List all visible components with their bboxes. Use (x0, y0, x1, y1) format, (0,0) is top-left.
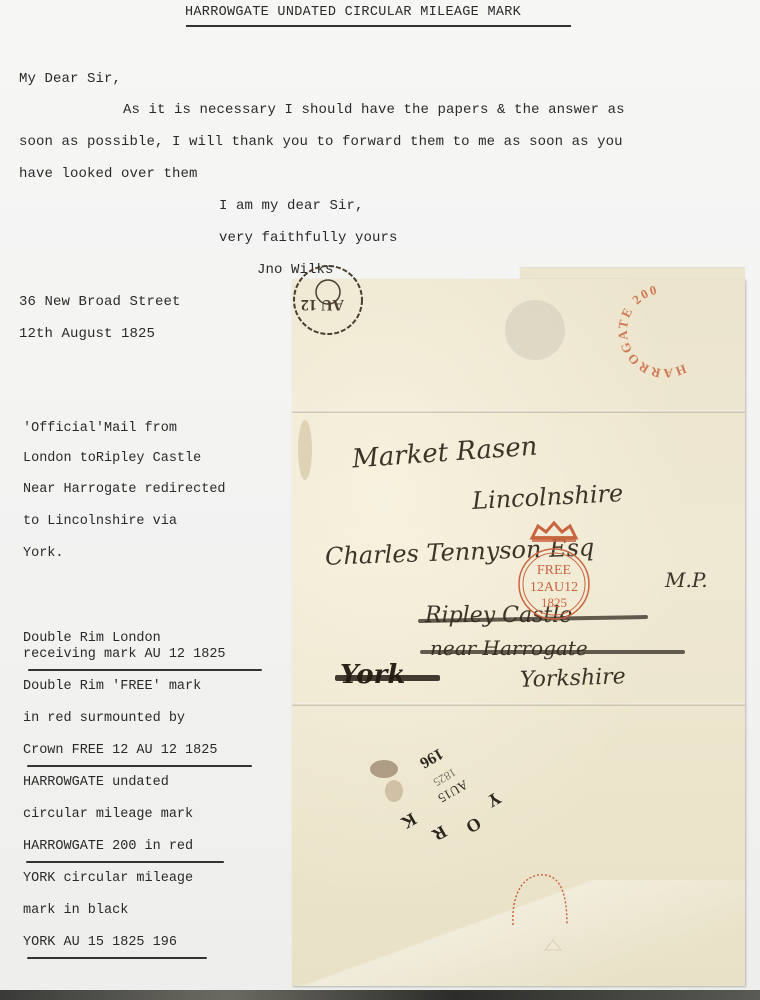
closing-line: I am my dear Sir, (219, 198, 364, 214)
salutation: My Dear Sir, (19, 71, 121, 87)
note-line: Crown FREE 12 AU 12 1825 (23, 743, 217, 758)
description-line: York. (23, 546, 64, 561)
crown-free-stamp: FREE 12AU12 1825 (520, 520, 590, 620)
page-title: HARROWGATE UNDATED CIRCULAR MILEAGE MARK (185, 5, 521, 20)
london-receiving-stamp: AU 12 (290, 270, 360, 350)
address-line-mp: M.P. (665, 568, 708, 592)
closing-line: very faithfully yours (219, 230, 398, 246)
strikethrough (335, 675, 440, 681)
svg-text:O: O (463, 813, 485, 837)
description-line: 'Official'Mail from (23, 421, 177, 436)
note-line: Double Rim 'FREE' mark (23, 679, 201, 694)
note-line: circular mileage mark (23, 807, 193, 822)
note-underline (27, 765, 252, 767)
body-line: As it is necessary I should have the pap… (123, 102, 625, 118)
page-edge (0, 990, 760, 1000)
note-underline (26, 861, 224, 863)
note-line: Double Rim London (23, 631, 161, 646)
fold-line (292, 703, 745, 706)
svg-text:R: R (428, 821, 450, 845)
seal-remnant (505, 865, 575, 965)
letter-date: 12th August 1825 (19, 326, 155, 342)
description-line: London toRipley Castle (23, 451, 201, 466)
description-line: to Lincolnshire via (23, 514, 177, 529)
note-underline (28, 669, 262, 671)
address-line-yorkshire: Yorkshire (520, 664, 627, 693)
body-line: soon as possible, I will thank you to fo… (19, 134, 623, 150)
stain (298, 420, 312, 480)
description-line: Near Harrogate redirected (23, 482, 226, 497)
svg-text:196: 196 (417, 745, 446, 772)
note-line: YORK AU 15 1825 196 (23, 935, 177, 950)
note-line: receiving mark AU 12 1825 (23, 647, 226, 662)
address: 36 New Broad Street (19, 294, 181, 310)
address-line-harrogate: near Harrogate (430, 636, 588, 660)
note-line: YORK circular mileage (23, 871, 193, 886)
svg-text:AU 12: AU 12 (301, 296, 344, 313)
svg-text:1825: 1825 (541, 595, 567, 610)
note-line: HARROWGATE undated (23, 775, 169, 790)
body-line: have looked over them (19, 166, 198, 182)
wax-seal-impression (505, 300, 565, 360)
note-line: mark in black (23, 903, 128, 918)
fold-line (292, 410, 745, 413)
svg-text:12AU12: 12AU12 (530, 580, 578, 595)
strikethrough (420, 650, 685, 654)
title-underline (186, 25, 571, 27)
svg-text:K: K (398, 809, 420, 833)
york-mileage-stamp: Y O R K AU15 1825 196 (385, 735, 505, 845)
note-line: in red surmounted by (23, 711, 185, 726)
note-underline (27, 957, 207, 959)
note-line: HARROWGATE 200 in red (23, 839, 193, 854)
svg-text:Y: Y (483, 788, 504, 812)
harrogate-mileage-stamp: HARROGATE 200 (615, 283, 715, 383)
svg-text:FREE: FREE (537, 563, 571, 578)
